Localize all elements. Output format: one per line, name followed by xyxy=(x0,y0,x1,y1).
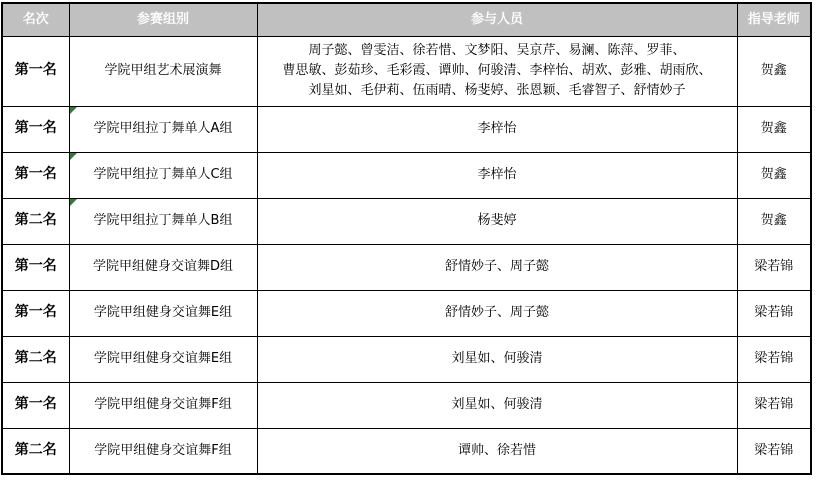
group-cell[interactable]: 学院甲组拉丁舞单人A组 xyxy=(69,106,257,152)
teacher-cell[interactable]: 梁若锦 xyxy=(737,428,811,474)
rank-cell[interactable]: 第二名 xyxy=(2,428,69,474)
participants-cell[interactable]: 舒情妙子、周子懿 xyxy=(257,290,737,336)
header-row: 名次 参赛组别 参与人员 指导老师 xyxy=(2,3,811,36)
spreadsheet-area: 名次 参赛组别 参与人员 指导老师 第一名 学院甲组艺术展演舞 周子懿、曾雯洁、… xyxy=(0,0,816,475)
cell-comment-marker-icon xyxy=(70,153,77,160)
table-row: 第一名 学院甲组健身交谊舞F组 刘星如、何骏清 梁若锦 xyxy=(2,382,811,428)
rank-cell[interactable]: 第一名 xyxy=(2,290,69,336)
table-row: 第二名 学院甲组健身交谊舞F组 谭帅、徐若惜 梁若锦 xyxy=(2,428,811,474)
header-teacher[interactable]: 指导老师 xyxy=(737,3,811,36)
participants-cell[interactable]: 舒情妙子、周子懿 xyxy=(257,244,737,290)
group-label: 学院甲组拉丁舞单人A组 xyxy=(94,121,233,136)
header-participants[interactable]: 参与人员 xyxy=(257,3,737,36)
group-cell[interactable]: 学院甲组健身交谊舞F组 xyxy=(69,382,257,428)
table-row: 第一名 学院甲组健身交谊舞E组 舒情妙子、周子懿 梁若锦 xyxy=(2,290,811,336)
group-cell[interactable]: 学院甲组健身交谊舞E组 xyxy=(69,290,257,336)
participants-cell[interactable]: 刘星如、何骏清 xyxy=(257,336,737,382)
rank-cell[interactable]: 第一名 xyxy=(2,152,69,198)
rank-cell[interactable]: 第一名 xyxy=(2,36,69,106)
table-row: 第一名 学院甲组艺术展演舞 周子懿、曾雯洁、徐若惜、文梦阳、吴京芹、易澜、陈萍、… xyxy=(2,36,811,106)
table-row: 第一名 学院甲组健身交谊舞D组 舒情妙子、周子懿 梁若锦 xyxy=(2,244,811,290)
header-group[interactable]: 参赛组别 xyxy=(69,3,257,36)
participants-cell[interactable]: 李梓怡 xyxy=(257,152,737,198)
teacher-cell[interactable]: 梁若锦 xyxy=(737,244,811,290)
participants-cell[interactable]: 杨斐婷 xyxy=(257,198,737,244)
table-row: 第二名 学院甲组健身交谊舞E组 刘星如、何骏清 梁若锦 xyxy=(2,336,811,382)
cell-comment-marker-icon xyxy=(70,107,77,114)
teacher-cell[interactable]: 贺鑫 xyxy=(737,106,811,152)
teacher-cell[interactable]: 贺鑫 xyxy=(737,152,811,198)
teacher-cell[interactable]: 梁若锦 xyxy=(737,290,811,336)
teacher-cell[interactable]: 梁若锦 xyxy=(737,382,811,428)
table-row: 第一名 学院甲组拉丁舞单人C组 李梓怡 贺鑫 xyxy=(2,152,811,198)
teacher-cell[interactable]: 贺鑫 xyxy=(737,36,811,106)
participants-cell[interactable]: 刘星如、何骏清 xyxy=(257,382,737,428)
rank-cell[interactable]: 第一名 xyxy=(2,382,69,428)
teacher-cell[interactable]: 梁若锦 xyxy=(737,336,811,382)
group-cell[interactable]: 学院甲组拉丁舞单人C组 xyxy=(69,152,257,198)
participants-cell[interactable]: 李梓怡 xyxy=(257,106,737,152)
rank-cell[interactable]: 第二名 xyxy=(2,336,69,382)
header-rank[interactable]: 名次 xyxy=(2,3,69,36)
group-cell[interactable]: 学院甲组艺术展演舞 xyxy=(69,36,257,106)
group-cell[interactable]: 学院甲组健身交谊舞D组 xyxy=(69,244,257,290)
rank-cell[interactable]: 第二名 xyxy=(2,198,69,244)
group-cell[interactable]: 学院甲组拉丁舞单人B组 xyxy=(69,198,257,244)
table-row: 第二名 学院甲组拉丁舞单人B组 杨斐婷 贺鑫 xyxy=(2,198,811,244)
participants-cell[interactable]: 周子懿、曾雯洁、徐若惜、文梦阳、吴京芹、易澜、陈萍、罗菲、 曹思敏、彭茹珍、毛彩… xyxy=(257,36,737,106)
results-table: 名次 参赛组别 参与人员 指导老师 第一名 学院甲组艺术展演舞 周子懿、曾雯洁、… xyxy=(1,2,812,475)
group-label: 学院甲组拉丁舞单人C组 xyxy=(93,167,232,182)
group-cell[interactable]: 学院甲组健身交谊舞F组 xyxy=(69,428,257,474)
rank-cell[interactable]: 第一名 xyxy=(2,244,69,290)
group-cell[interactable]: 学院甲组健身交谊舞E组 xyxy=(69,336,257,382)
rank-cell[interactable]: 第一名 xyxy=(2,106,69,152)
cell-comment-marker-icon xyxy=(70,199,77,206)
participants-cell[interactable]: 谭帅、徐若惜 xyxy=(257,428,737,474)
teacher-cell[interactable]: 贺鑫 xyxy=(737,198,811,244)
group-label: 学院甲组拉丁舞单人B组 xyxy=(94,213,233,228)
table-row: 第一名 学院甲组拉丁舞单人A组 李梓怡 贺鑫 xyxy=(2,106,811,152)
